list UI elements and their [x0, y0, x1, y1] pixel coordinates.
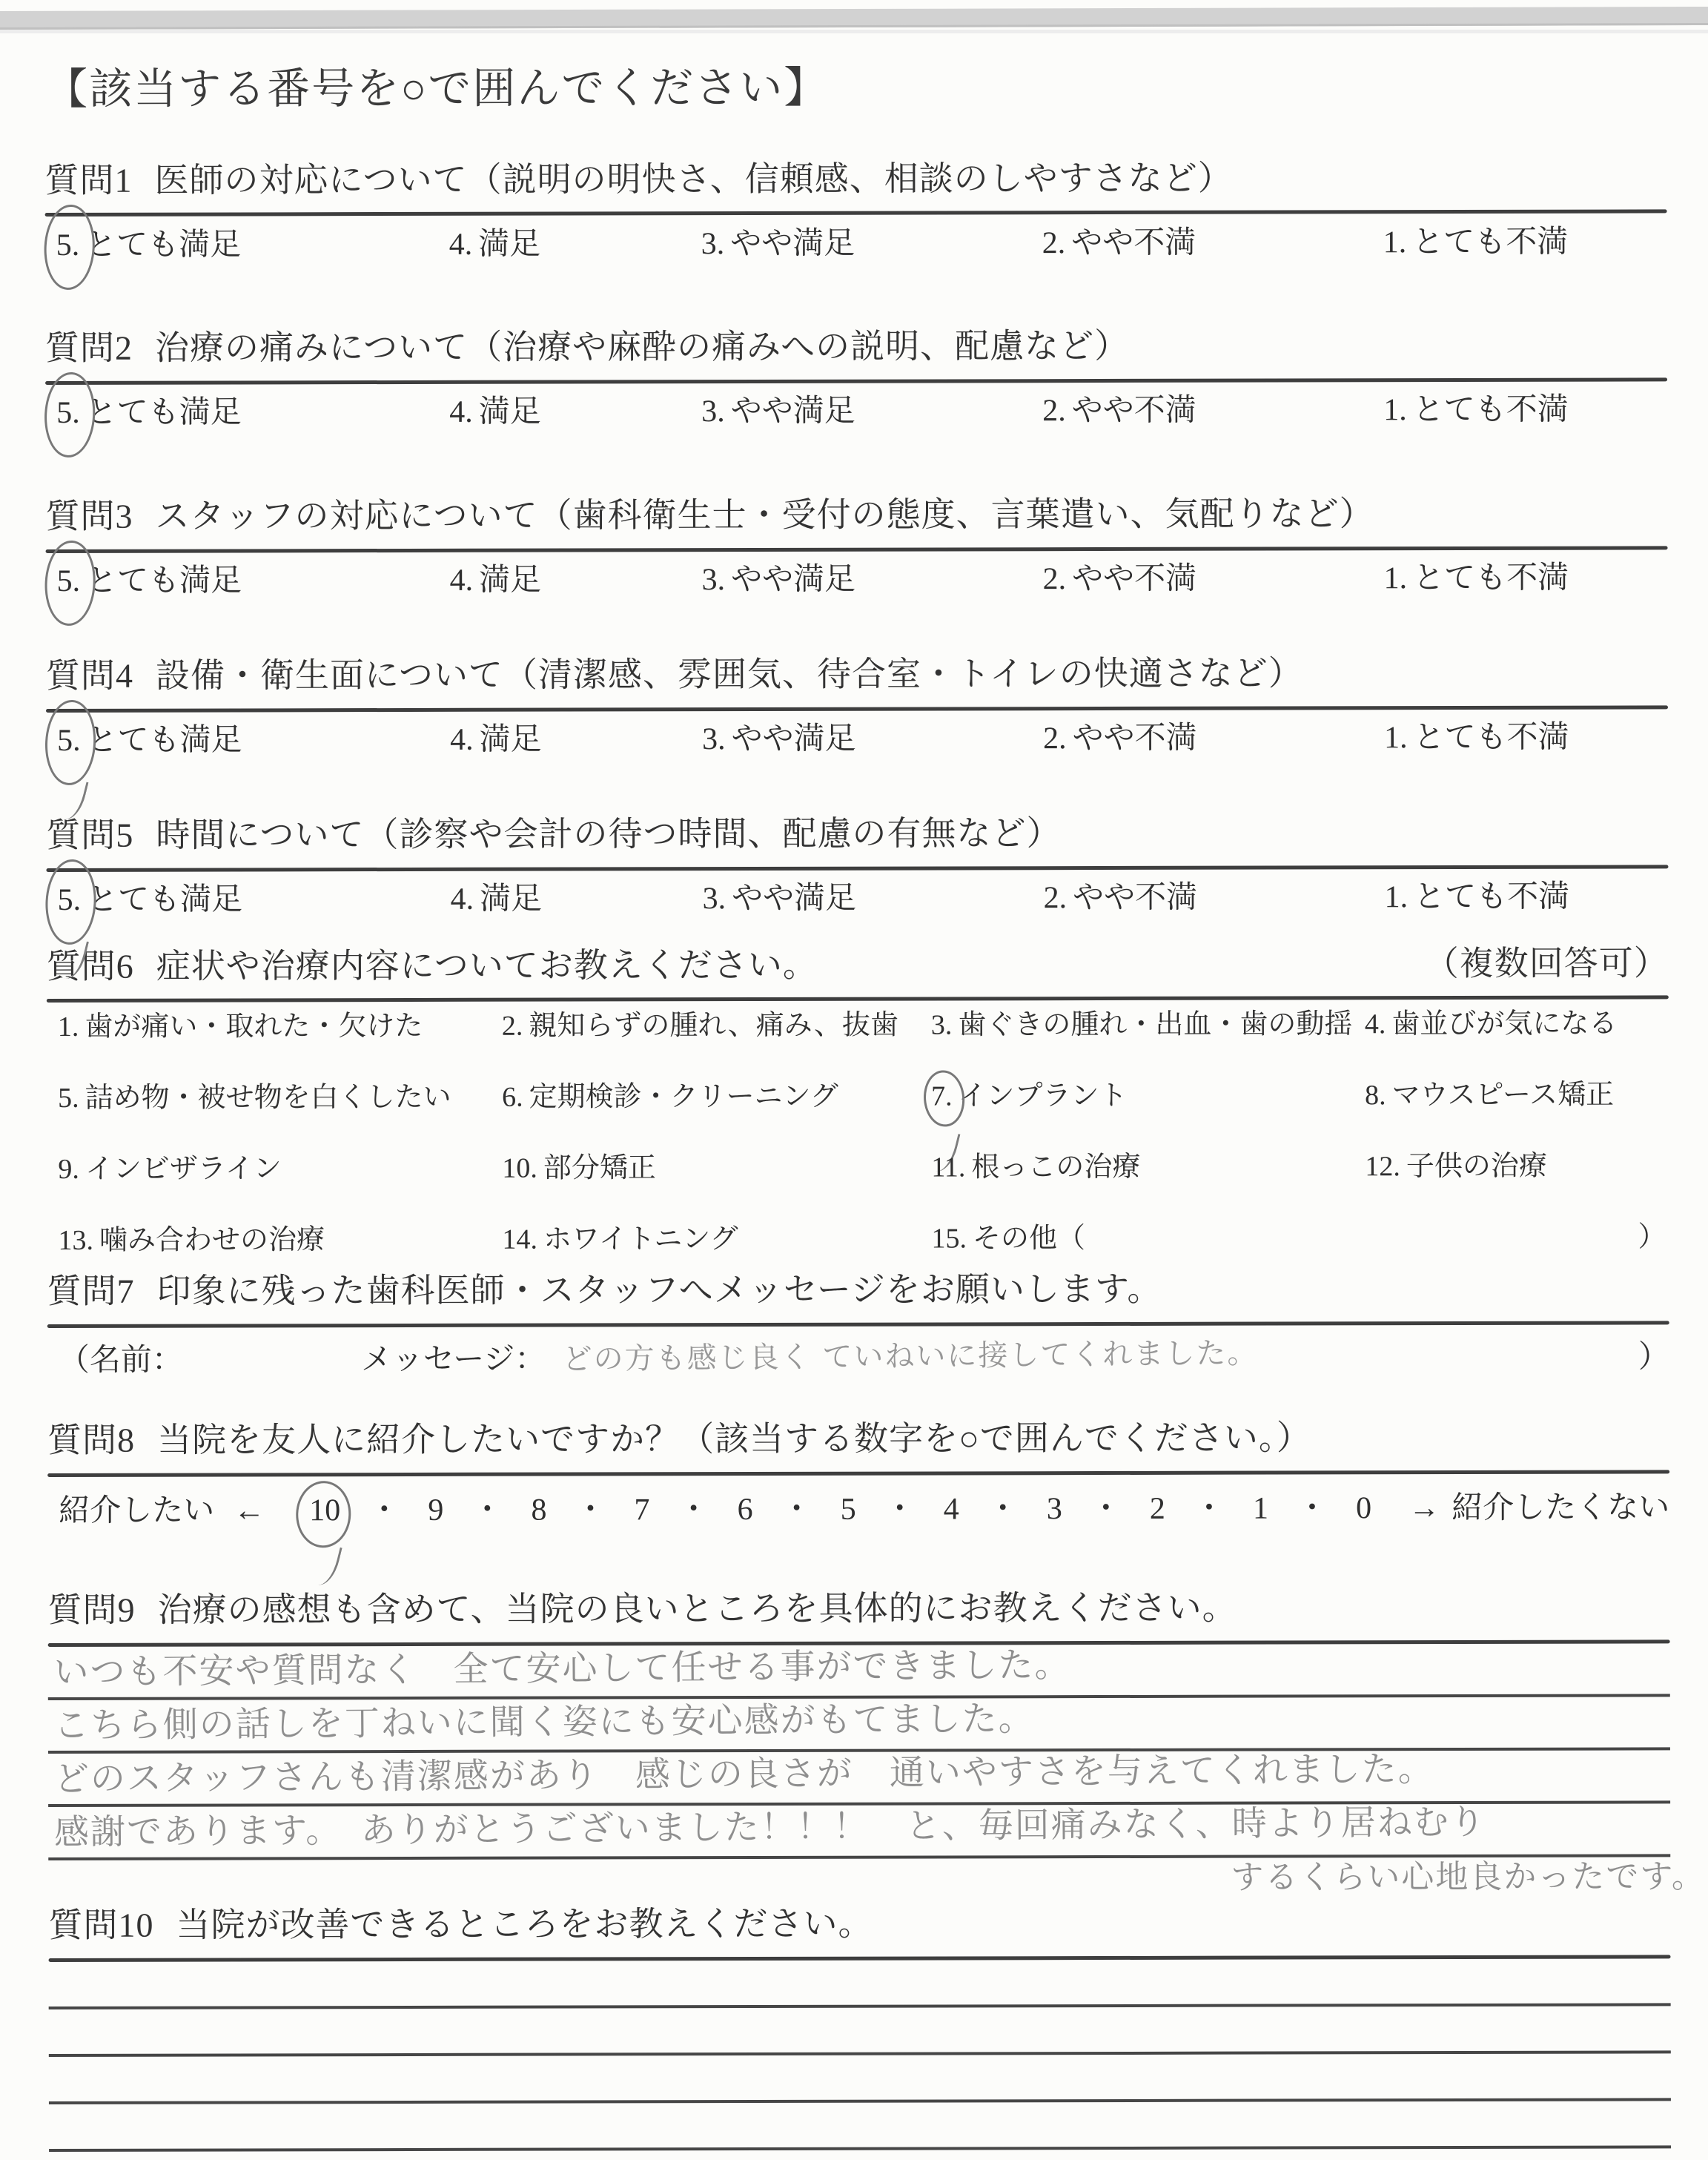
question-6-label: 質問6 [47, 944, 134, 988]
question-7: 質問7 印象に残った歯科医師・スタッフへメッセージをお願いします。 （名前： メ… [47, 1266, 1669, 1381]
handwritten-answer-line-1: いつも不安や質問なく 全て安心して任せる事ができました。 [53, 1637, 1070, 1694]
option-label: やや不満 [1073, 881, 1197, 915]
q6-option-3: 3.歯ぐきの腫れ・出血・歯の動揺 [931, 1006, 1353, 1044]
option-number: 4. [450, 723, 474, 757]
question-4-options: 5.とても満足 4.満足 3.やや満足 2.やや不満 1.とても不満 [46, 713, 1668, 763]
q6-option-13: 13.噛み合わせの治療 [58, 1222, 325, 1260]
scale-dot: ・ [1194, 1484, 1225, 1528]
survey-content: 【該当する番号を○で囲んでください】 質問1 医師の対応について（説明の明快さ、… [44, 0, 1671, 2152]
option-number: 1. [1384, 721, 1408, 755]
blank-answer-line [49, 2006, 1671, 2057]
separator-line [47, 996, 1669, 1003]
question-8-label: 質問8 [47, 1418, 135, 1463]
handwritten-answer-line-4: 感謝であります。 ありがとうございました！！！ と、毎回痛みなく、時より居ねむり [54, 1794, 1486, 1855]
blank-answer-line [49, 2101, 1671, 2152]
q6-option-row-2: 5.詰め物・被せ物を白くしたい 6.定期検診・クリーニング 7.インプラント 8… [47, 1077, 1669, 1117]
question-9-header: 質問9 治療の感想も含めて、当院の良いところを具体的にお教えください。 [47, 1585, 1669, 1632]
q6-option-4: 4.歯並びが気になる [1365, 1005, 1618, 1043]
question-5-text: 時間について（診察や会計の待つ時間、配慮の有無など） [156, 811, 1061, 857]
option-label: とても満足 [86, 564, 242, 598]
scale-dot: ・ [1297, 1483, 1328, 1527]
option-2: 2.やや不満 [1042, 389, 1196, 433]
option-number: 4. [449, 395, 473, 429]
separator-line [47, 1321, 1669, 1329]
scale-number-5: 5 [841, 1492, 856, 1527]
hand-circle-annotation: 5. [56, 392, 86, 435]
handwritten-answer-overflow: するくらい心地良かったです。 [1231, 1849, 1706, 1898]
q6-option-5: 5.詰め物・被せ物を白くしたい [58, 1079, 451, 1117]
option-3: 3.やや満足 [702, 876, 856, 920]
option-number: 5. [56, 228, 80, 262]
question-7-text: 印象に残った歯科医師・スタッフへメッセージをお願いします。 [157, 1267, 1162, 1314]
question-9: 質問9 治療の感想も含めて、当院の良いところを具体的にお教えください。 いつも不… [47, 1585, 1670, 1898]
separator-line [46, 865, 1668, 872]
option-number: 5. [56, 396, 80, 430]
question-7-answer-row: （名前： メッセージ： どの方も感じ良く ていねいに接してくれました。 ） [47, 1332, 1669, 1382]
question-6-text: 症状や治療内容についてお教えください。 [156, 942, 818, 988]
scale-dot: ・ [1090, 1484, 1122, 1528]
q6-option-15-close-paren: ） [1638, 1219, 1666, 1256]
right-arrow-icon: → [1409, 1490, 1440, 1526]
option-number: 3. [701, 227, 725, 261]
option-label: やや満足 [732, 722, 856, 756]
option-label: とても不満 [1414, 721, 1569, 755]
scale-number-10: 10 [309, 1493, 340, 1527]
question-1-header: 質問1 医師の対応について（説明の明快さ、信頼感、相談のしやすさなど） [44, 155, 1666, 202]
separator-line [46, 546, 1668, 553]
question-4-text: 設備・衛生面について（清潔感、雰囲気、待合室・トイレの快適さなど） [156, 651, 1303, 698]
option-number: 3. [702, 563, 726, 597]
question-6-options: 1.歯が痛い・取れた・欠けた 2.親知らずの腫れ、痛み、抜歯 3.歯ぐきの腫れ・… [47, 1005, 1669, 1260]
q6-option-10: 10.部分矯正 [502, 1150, 656, 1187]
scale-dot: ・ [471, 1485, 503, 1530]
option-label: やや満足 [732, 881, 856, 915]
q6-option-14: 14.ホワイトニング [502, 1221, 738, 1258]
question-4-label: 質問4 [46, 654, 133, 698]
handwritten-answer-line-2: こちら側の話しを丁ねいに聞く姿にも安心感がもてました。 [53, 1691, 1034, 1748]
scale-dot: ・ [678, 1484, 709, 1529]
scale-number-6: 6 [738, 1492, 753, 1527]
page-title: 【該当する番号を○で囲んでください】 [44, 60, 1666, 115]
question-9-text: 治療の感想も含めて、当院の良いところを具体的にお教えください。 [157, 1586, 1237, 1633]
option-1: 1.とても不満 [1383, 389, 1569, 432]
option-3: 3.やや満足 [701, 222, 855, 265]
question-3-text: スタッフの対応について（歯科衛生士・受付の態度、言葉遣い、気配りなど） [155, 492, 1374, 538]
option-2: 2.やや不満 [1043, 717, 1197, 761]
separator-line [45, 378, 1667, 386]
option-4: 4.満足 [449, 222, 541, 266]
option-3: 3.やや満足 [702, 718, 856, 762]
option-1: 1.とても不満 [1383, 220, 1569, 264]
option-number: 1. [1384, 561, 1408, 595]
left-arrow-icon: ← [234, 1493, 265, 1528]
scale-number-2: 2 [1150, 1491, 1165, 1527]
option-label: とても満足 [85, 228, 241, 262]
option-1: 1.とても不満 [1384, 875, 1569, 919]
option-1: 1.とても不満 [1384, 557, 1569, 601]
question-6: 質問6 症状や治療内容についてお教えください。 （複数回答可） 1.歯が痛い・取… [47, 941, 1669, 1259]
name-field-label: （名前： [59, 1335, 183, 1380]
handwritten-answer-line-3: どのスタッフさんも清潔感があり 感じの良さが 通いやすさを与えてくれました。 [54, 1741, 1434, 1801]
option-label: 満足 [480, 723, 542, 757]
q6-option-2: 2.親知らずの腫れ、痛み、抜歯 [502, 1007, 898, 1045]
question-10: 質問10 当院が改善できるところをお教えください。 [48, 1900, 1671, 2151]
option-label: やや不満 [1073, 721, 1197, 756]
question-7-label: 質問7 [47, 1269, 135, 1314]
scale-number-8: 8 [531, 1493, 546, 1528]
scale-number-7: 7 [634, 1492, 649, 1527]
question-5-options: 5.とても満足 4.満足 3.やや満足 2.やや不満 1.とても不満 [46, 873, 1668, 922]
question-6-header: 質問6 症状や治療内容についてお教えください。 （複数回答可） [47, 941, 1669, 988]
option-number: 5. [57, 883, 81, 917]
option-4: 4.満足 [450, 877, 542, 921]
option-number: 4. [450, 564, 474, 598]
option-label: やや不満 [1072, 562, 1196, 596]
hand-circle-annotation: 5. [57, 719, 87, 763]
question-1-options: 5.とても満足 4.満足 3.やや満足 2.やや不満 1.とても不満 [45, 218, 1667, 268]
option-label: やや満足 [730, 226, 855, 260]
q6-option-6: 6.定期検診・クリーニング [502, 1078, 838, 1116]
question-8-header: 質問8 当院を友人に紹介したいですか？（該当する数字を○で囲んでください。） [47, 1416, 1669, 1463]
option-3: 3.やや満足 [702, 558, 856, 602]
question-10-text: 当院が改善できるところをお教えください。 [176, 1901, 873, 1947]
q6-option-9: 9.インビザライン [58, 1151, 281, 1189]
scale-left-label: 紹介したい [59, 1485, 214, 1530]
question-2-header: 質問2 治療の痛みについて（治療や麻酔の痛みへの説明、配慮など） [45, 323, 1667, 371]
question-9-label: 質問9 [47, 1588, 135, 1633]
scale-dot: ・ [884, 1484, 916, 1529]
option-2: 2.やや不満 [1043, 558, 1197, 601]
option-number: 1. [1384, 880, 1408, 914]
option-label: やや満足 [731, 563, 855, 597]
question-3: 質問3 スタッフの対応について（歯科衛生士・受付の態度、言葉遣い、気配りなど） … [45, 492, 1667, 604]
option-4: 4.満足 [450, 559, 542, 603]
q6-option-11: 11.根っこの治療 [931, 1149, 1140, 1186]
option-number: 1. [1383, 394, 1407, 428]
option-label: とても不満 [1413, 393, 1569, 427]
option-number: 5. [57, 724, 81, 758]
blank-answer-line [49, 2053, 1671, 2104]
question-5-header: 質問5 時間について（診察や会計の待つ時間、配慮の有無など） [46, 810, 1668, 857]
option-number: 2. [1043, 881, 1067, 915]
option-3: 3.やや満足 [701, 390, 855, 434]
option-number: 2. [1043, 721, 1067, 756]
q6-option-row-1: 1.歯が痛い・取れた・欠けた 2.親知らずの腫れ、痛み、抜歯 3.歯ぐきの腫れ・… [47, 1005, 1669, 1046]
q6-option-7: 7.インプラント [931, 1077, 1128, 1115]
option-label: とても満足 [87, 723, 242, 757]
option-number: 4. [449, 227, 473, 261]
hand-circle-annotation: 7. [931, 1078, 959, 1115]
option-1: 1.とても不満 [1384, 716, 1569, 760]
option-5: 5.とても満足 [57, 719, 242, 762]
option-label: 満足 [479, 395, 541, 429]
option-label: 満足 [480, 882, 542, 916]
scale-dot: ・ [368, 1485, 400, 1530]
scale-dot: ・ [781, 1484, 812, 1529]
option-label: とても満足 [87, 882, 242, 916]
separator-line [47, 1470, 1669, 1477]
question-2: 質問2 治療の痛みについて（治療や麻酔の痛みへの説明、配慮など） 5.とても満足… [45, 323, 1667, 435]
option-label: やや満足 [731, 394, 855, 429]
option-number: 4. [450, 882, 474, 916]
answer-overflow-row: するくらい心地良かったです。 [48, 1857, 1670, 1899]
question-5-label: 質問5 [46, 813, 133, 858]
option-2: 2.やや不満 [1043, 876, 1197, 920]
option-number: 2. [1043, 562, 1067, 596]
question-8-text: 当院を友人に紹介したいですか？（該当する数字を○で囲んでください。） [157, 1416, 1311, 1463]
question-3-options: 5.とても満足 4.満足 3.やや満足 2.やや不満 1.とても不満 [46, 554, 1668, 604]
question-1-text: 医師の対応について（説明の明快さ、信頼感、相談のしやすさなど） [154, 156, 1232, 202]
option-5: 5.とても満足 [56, 223, 242, 267]
separator-line [45, 210, 1667, 217]
question-10-label: 質問10 [48, 1903, 153, 1947]
option-label: とても満足 [86, 396, 242, 430]
option-label: 満足 [479, 564, 541, 598]
multiple-answers-note: （複数回答可） [1425, 941, 1669, 985]
question-3-label: 質問3 [45, 495, 133, 539]
question-2-label: 質問2 [45, 326, 133, 371]
option-2: 2.やや不満 [1042, 221, 1196, 265]
option-label: とても不満 [1412, 225, 1568, 259]
blank-answer-line [49, 1958, 1671, 2009]
scale-number-9: 9 [428, 1493, 443, 1528]
hand-circle-annotation: 5. [57, 560, 87, 604]
close-paren: ） [1638, 1332, 1669, 1377]
question-1-label: 質問1 [44, 158, 132, 202]
option-number: 1. [1383, 225, 1407, 260]
option-label: とても不満 [1413, 561, 1569, 595]
question-8: 質問8 当院を友人に紹介したいですか？（該当する数字を○で囲んでください。） 紹… [47, 1416, 1669, 1532]
q6-option-12: 12.子供の治療 [1365, 1148, 1547, 1186]
scale-numbers: 10 ・ 9 ・ 8 ・ 7 ・ 6 ・ 5 ・ 4 ・ 3 ・ 2 [309, 1483, 1371, 1530]
q6-option-15: 15.その他（ [931, 1220, 1085, 1257]
hand-circle-annotation: 5. [57, 879, 87, 922]
q6-option-1: 1.歯が痛い・取れた・欠けた [58, 1008, 423, 1046]
scale-dot: ・ [575, 1484, 606, 1529]
option-label: とても不満 [1414, 879, 1569, 914]
option-number: 3. [702, 722, 726, 756]
option-4: 4.満足 [450, 719, 542, 762]
message-field-label: メッセージ： [361, 1335, 546, 1380]
question-2-options: 5.とても満足 4.満足 3.やや満足 2.やや不満 1.とても不満 [45, 386, 1667, 436]
survey-scan-page: 【該当する番号を○で囲んでください】 質問1 医師の対応について（説明の明快さ、… [0, 0, 1708, 2160]
hand-circle-annotation: 5. [56, 223, 86, 267]
scale-number-1: 1 [1253, 1491, 1268, 1527]
question-10-header: 質問10 当院が改善できるところをお教えください。 [48, 1900, 1670, 1947]
option-4: 4.満足 [449, 391, 541, 435]
option-5: 5.とても満足 [56, 392, 242, 435]
scale-number-3: 3 [1047, 1491, 1062, 1527]
option-label: 満足 [478, 227, 540, 261]
hand-circle-annotation: 10 [309, 1493, 340, 1528]
question-4: 質問4 設備・衛生面について（清潔感、雰囲気、待合室・トイレの快適さなど） 5.… [46, 650, 1668, 762]
option-number: 5. [57, 564, 81, 598]
option-5: 5.とても満足 [57, 560, 242, 604]
option-label: やや不満 [1071, 225, 1196, 260]
scale-number-0: 0 [1356, 1490, 1371, 1526]
question-7-header: 質問7 印象に残った歯科医師・スタッフへメッセージをお願いします。 [47, 1266, 1669, 1314]
option-number: 2. [1042, 226, 1066, 260]
scale-number-4: 4 [944, 1491, 959, 1527]
q6-option-8: 8.マウスピース矯正 [1365, 1077, 1614, 1114]
question-2-text: 治療の痛みについて（治療や麻酔の痛みへの説明、配慮など） [155, 324, 1129, 371]
question-1: 質問1 医師の対応について（説明の明快さ、信頼感、相談のしやすさなど） 5.とて… [44, 155, 1666, 267]
question-5: 質問5 時間について（診察や会計の待つ時間、配慮の有無など） 5.とても満足 4… [46, 810, 1668, 922]
scale-right-label: 紹介したくない [1452, 1482, 1669, 1527]
nps-scale-row: 紹介したい ← 10 ・ 9 ・ 8 ・ 7 ・ 6 ・ 5 ・ 4 ・ [47, 1482, 1669, 1532]
option-number: 3. [701, 394, 725, 429]
question-4-header: 質問4 設備・衛生面について（清潔感、雰囲気、待合室・トイレの快適さなど） [46, 650, 1668, 698]
scale-dot: ・ [987, 1484, 1019, 1528]
option-5: 5.とても満足 [57, 878, 242, 922]
option-number: 2. [1042, 394, 1066, 429]
q6-option-row-3: 9.インビザライン 10.部分矯正 11.根っこの治療 12.子供の治療 [47, 1148, 1669, 1189]
q6-option-row-4: 13.噛み合わせの治療 14.ホワイトニング 15.その他（ ） [47, 1219, 1669, 1260]
question-3-header: 質問3 スタッフの対応について（歯科衛生士・受付の態度、言葉遣い、気配りなど） [45, 492, 1667, 539]
handwritten-message: どの方も感じ良く ていねいに接してくれました。 [562, 1330, 1258, 1378]
option-number: 3. [702, 882, 726, 916]
option-label: やや不満 [1072, 394, 1196, 428]
separator-line [46, 705, 1668, 713]
